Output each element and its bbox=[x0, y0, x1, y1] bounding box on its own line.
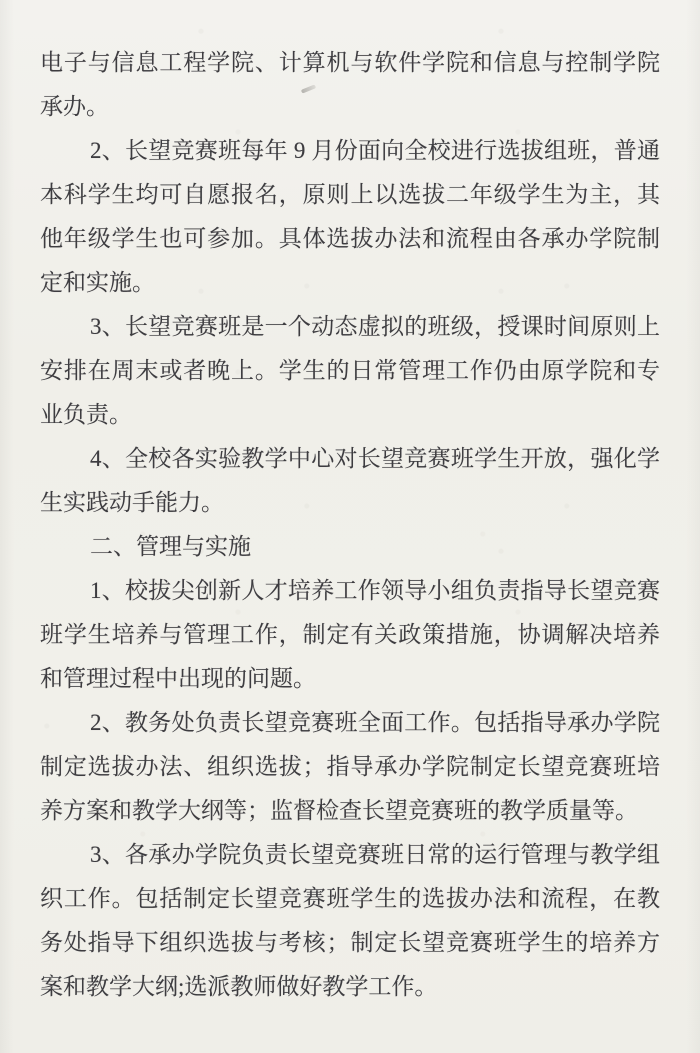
text-line: 和管理过程中出现的问题。 bbox=[40, 657, 660, 701]
text-line: 班学生培养与管理工作，制定有关政策措施，协调解决培养 bbox=[40, 613, 660, 657]
text-line: 本科学生均可自愿报名，原则上以选拔二年级学生为主，其 bbox=[40, 173, 660, 217]
text-line: 4、全校各实验教学中心对长望竞赛班学生开放，强化学 bbox=[40, 437, 660, 481]
text-line: 业负责。 bbox=[40, 393, 660, 437]
text-line: 制定选拔办法、组织选拔；指导承办学院制定长望竞赛班培 bbox=[40, 745, 660, 789]
text-line: 生实践动手能力。 bbox=[40, 481, 660, 525]
text-block: 电子与信息工程学院、计算机与软件学院和信息与控制学院承办。2、长望竞赛班每年 9… bbox=[40, 41, 660, 1009]
text-line: 安排在周末或者晚上。学生的日常管理工作仍由原学院和专 bbox=[40, 349, 660, 393]
text-line: 3、长望竞赛班是一个动态虚拟的班级，授课时间原则上 bbox=[40, 305, 660, 349]
text-line: 务处指导下组织选拔与考核；制定长望竞赛班学生的培养方 bbox=[40, 921, 660, 965]
scanned-document-page: 电子与信息工程学院、计算机与软件学院和信息与控制学院承办。2、长望竞赛班每年 9… bbox=[0, 0, 700, 1053]
text-line: 养方案和教学大纲等；监督检查长望竞赛班的教学质量等。 bbox=[40, 789, 660, 833]
text-line: 二、管理与实施 bbox=[40, 525, 660, 569]
text-line: 定和实施。 bbox=[40, 261, 660, 305]
text-line: 承办。 bbox=[40, 85, 660, 129]
text-line: 织工作。包括制定长望竞赛班学生的选拔办法和流程，在教 bbox=[40, 877, 660, 921]
text-line: 案和教学大纲;选派教师做好教学工作。 bbox=[40, 965, 660, 1009]
text-line: 电子与信息工程学院、计算机与软件学院和信息与控制学院 bbox=[40, 41, 660, 85]
text-line: 2、长望竞赛班每年 9 月份面向全校进行选拔组班，普通 bbox=[40, 129, 660, 173]
text-line: 1、校拔尖创新人才培养工作领导小组负责指导长望竞赛 bbox=[40, 569, 660, 613]
text-line: 2、教务处负责长望竞赛班全面工作。包括指导承办学院 bbox=[40, 701, 660, 745]
text-line: 他年级学生也可参加。具体选拔办法和流程由各承办学院制 bbox=[40, 217, 660, 261]
text-line: 3、各承办学院负责长望竞赛班日常的运行管理与教学组 bbox=[40, 833, 660, 877]
